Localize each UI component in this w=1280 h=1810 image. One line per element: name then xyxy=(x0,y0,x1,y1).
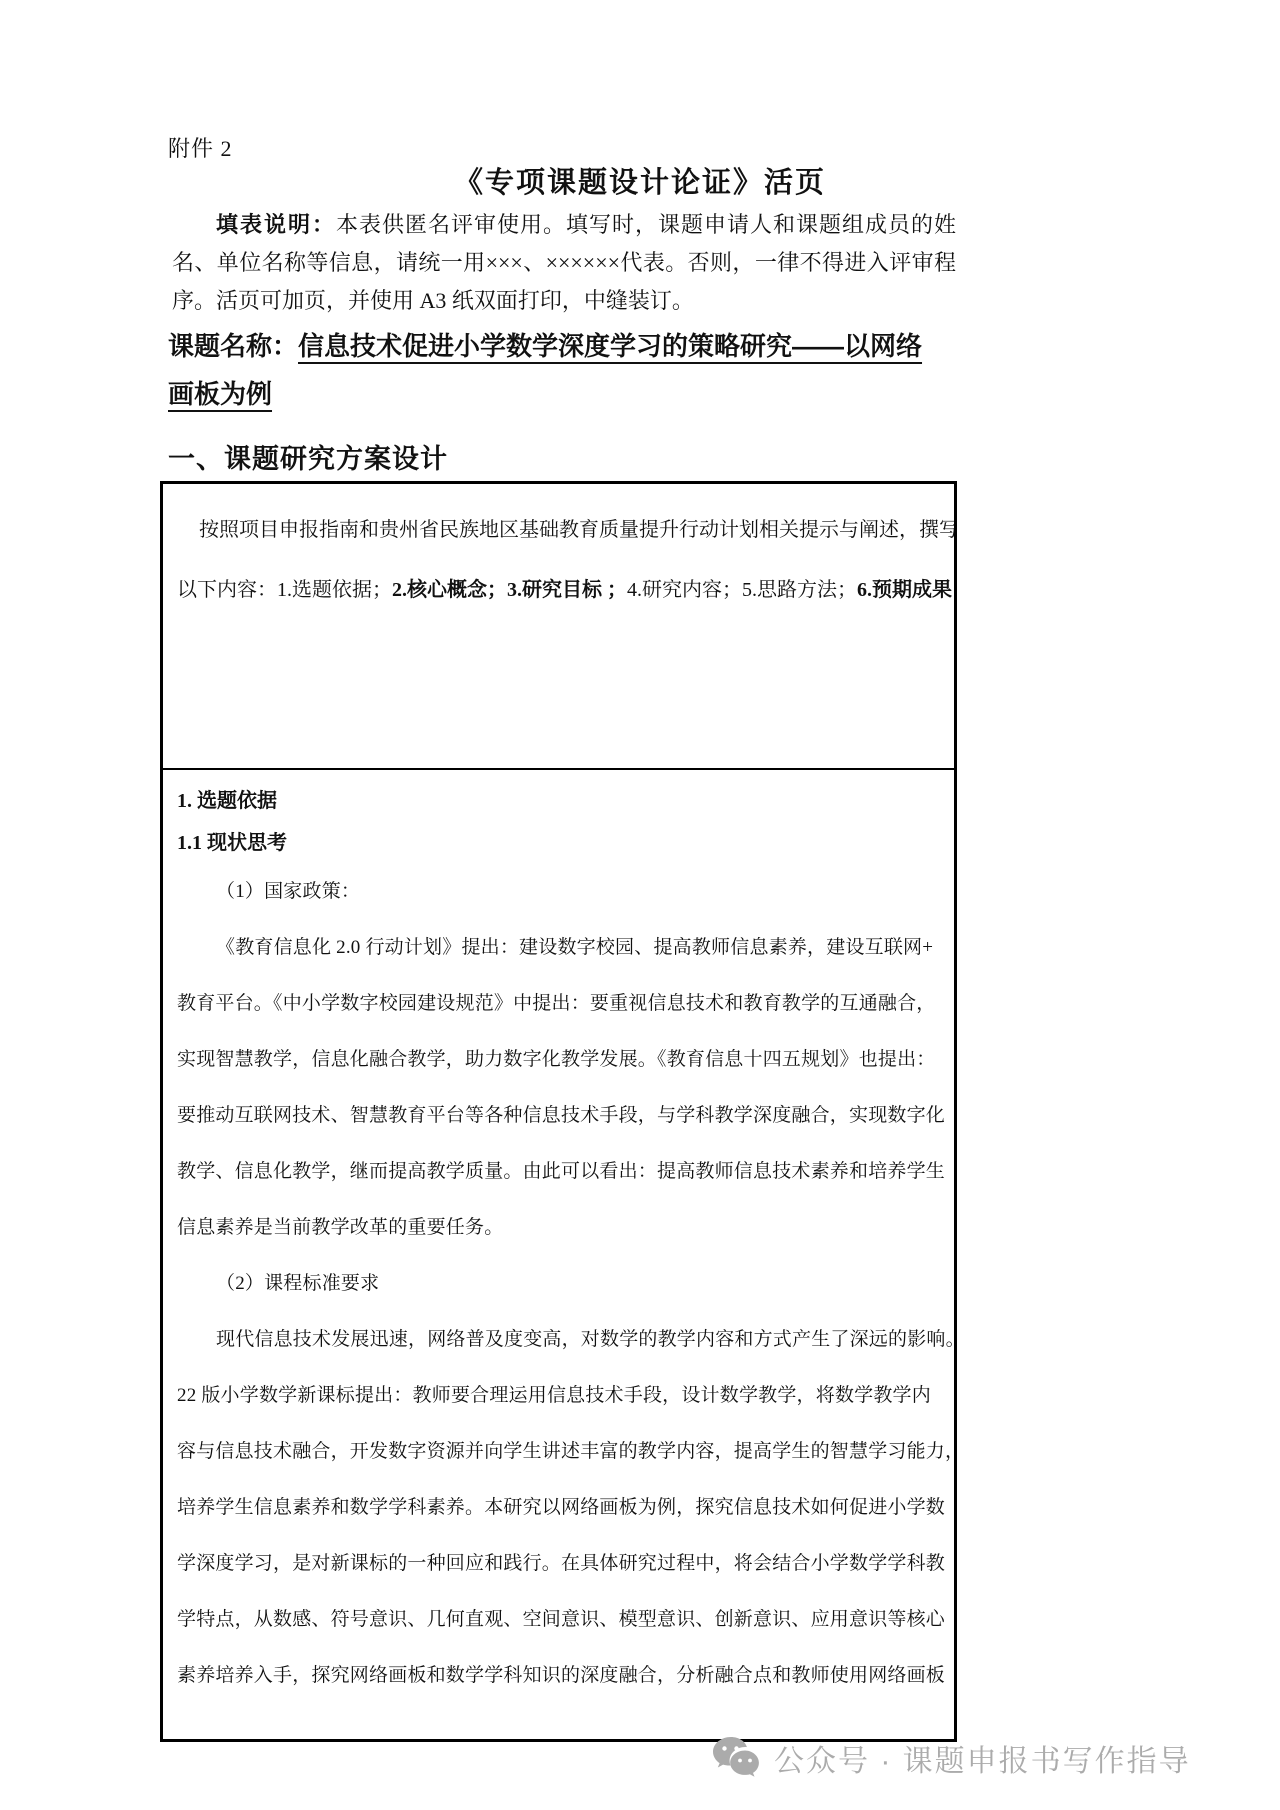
body-line: 培养学生信息素养和数学学科素养。本研究以网络画板为例，探究信息技术如何促进小学数 xyxy=(177,1480,944,1536)
watermark: 公众号 · 课题申报书写作指导 xyxy=(712,1736,1191,1780)
body-line: 学深度学习，是对新课标的一种回应和践行。在具体研究过程中，将会结合小学数学学科教 xyxy=(177,1536,944,1592)
body-line: 《教育信息化 2.0 行动计划》提出：建设数字校园、提高教师信息素养，建设互联网… xyxy=(177,920,944,976)
project-title: 课题名称：信息技术促进小学数学深度学习的策略研究——以网络画板为例 xyxy=(168,322,940,418)
body-line: 实现智慧教学，信息化融合教学，助力数字化教学发展。《教育信息十四五规划》也提出： xyxy=(177,1032,944,1088)
body-line: （2）课程标准要求 xyxy=(177,1256,944,1312)
design-box: 按照项目申报指南和贵州省民族地区基础教育质量提升行动计划相关提示与阐述，撰写 以… xyxy=(160,481,957,1742)
notice-part-bold: 6.预期成果 xyxy=(857,579,952,601)
notice-part-bold: 2.核心概念；3.研究目标 ； xyxy=(392,579,627,601)
body-line: 素养培养入手，探究网络画板和数学学科知识的深度融合，分析融合点和教师使用网络画板 xyxy=(177,1648,944,1704)
wechat-icon xyxy=(712,1736,762,1780)
notice-line-1: 按照项目申报指南和贵州省民族地区基础教育质量提升行动计划相关提示与阐述，撰写 xyxy=(177,500,942,560)
body-line: 教育平台。《中小学数字校园建设规范》中提出：要重视信息技术和教育教学的互通融合， xyxy=(177,976,944,1032)
design-box-body: 1. 选题依据 1.1 现状思考 （1）国家政策： 《教育信息化 2.0 行动计… xyxy=(163,768,954,1739)
notice-part: 以下内容：1.选题依据； xyxy=(177,579,392,601)
page-title: 《专项课题设计论证》活页 xyxy=(0,160,1280,201)
project-title-label: 课题名称： xyxy=(168,331,298,361)
notice-part: 4.研究内容；5.思路方法； xyxy=(627,579,857,601)
body-line: 容与信息技术融合，开发数字资源并向学生讲述丰富的教学内容，提高学生的智慧学习能力… xyxy=(177,1424,944,1480)
design-box-notice: 按照项目申报指南和贵州省民族地区基础教育质量提升行动计划相关提示与阐述，撰写 以… xyxy=(163,484,954,768)
form-instructions-label: 填表说明： xyxy=(216,212,336,237)
body-line: 现代信息技术发展迅速，网络普及度变高，对数学的教学内容和方式产生了深远的影响。 xyxy=(177,1312,944,1368)
body-line: 教学、信息化教学，继而提高教学质量。由此可以看出：提高教师信息技术素养和培养学生 xyxy=(177,1144,944,1200)
body-line: 要推动互联网技术、智慧教育平台等各种信息技术手段，与学科教学深度融合，实现数字化 xyxy=(177,1088,944,1144)
body-line: 信息素养是当前教学改革的重要任务。 xyxy=(177,1200,944,1256)
body-heading-1: 1. 选题依据 xyxy=(177,780,944,822)
body-line: 学特点，从数感、符号意识、几何直观、空间意识、模型意识、创新意识、应用意识等核心 xyxy=(177,1592,944,1648)
form-instructions: 填表说明：本表供匿名评审使用。填写时，课题申请人和课题组成员的姓名、单位名称等信… xyxy=(172,206,956,320)
notice-line-2: 以下内容：1.选题依据；2.核心概念；3.研究目标 ；4.研究内容；5.思路方法… xyxy=(177,560,942,620)
body-line: （1）国家政策： xyxy=(177,864,944,920)
watermark-text: 公众号 · 课题申报书写作指导 xyxy=(774,1736,1191,1780)
attachment-label: 附件 2 xyxy=(168,132,233,163)
document-page: 附件 2 《专项课题设计论证》活页 填表说明：本表供匿名评审使用。填写时，课题申… xyxy=(0,0,1280,1810)
section-heading: 一、课题研究方案设计 xyxy=(168,437,448,476)
body-line: 22 版小学数学新课标提出：教师要合理运用信息技术手段，设计数学教学，将数学教学… xyxy=(177,1368,944,1424)
body-heading-2: 1.1 现状思考 xyxy=(177,822,944,864)
